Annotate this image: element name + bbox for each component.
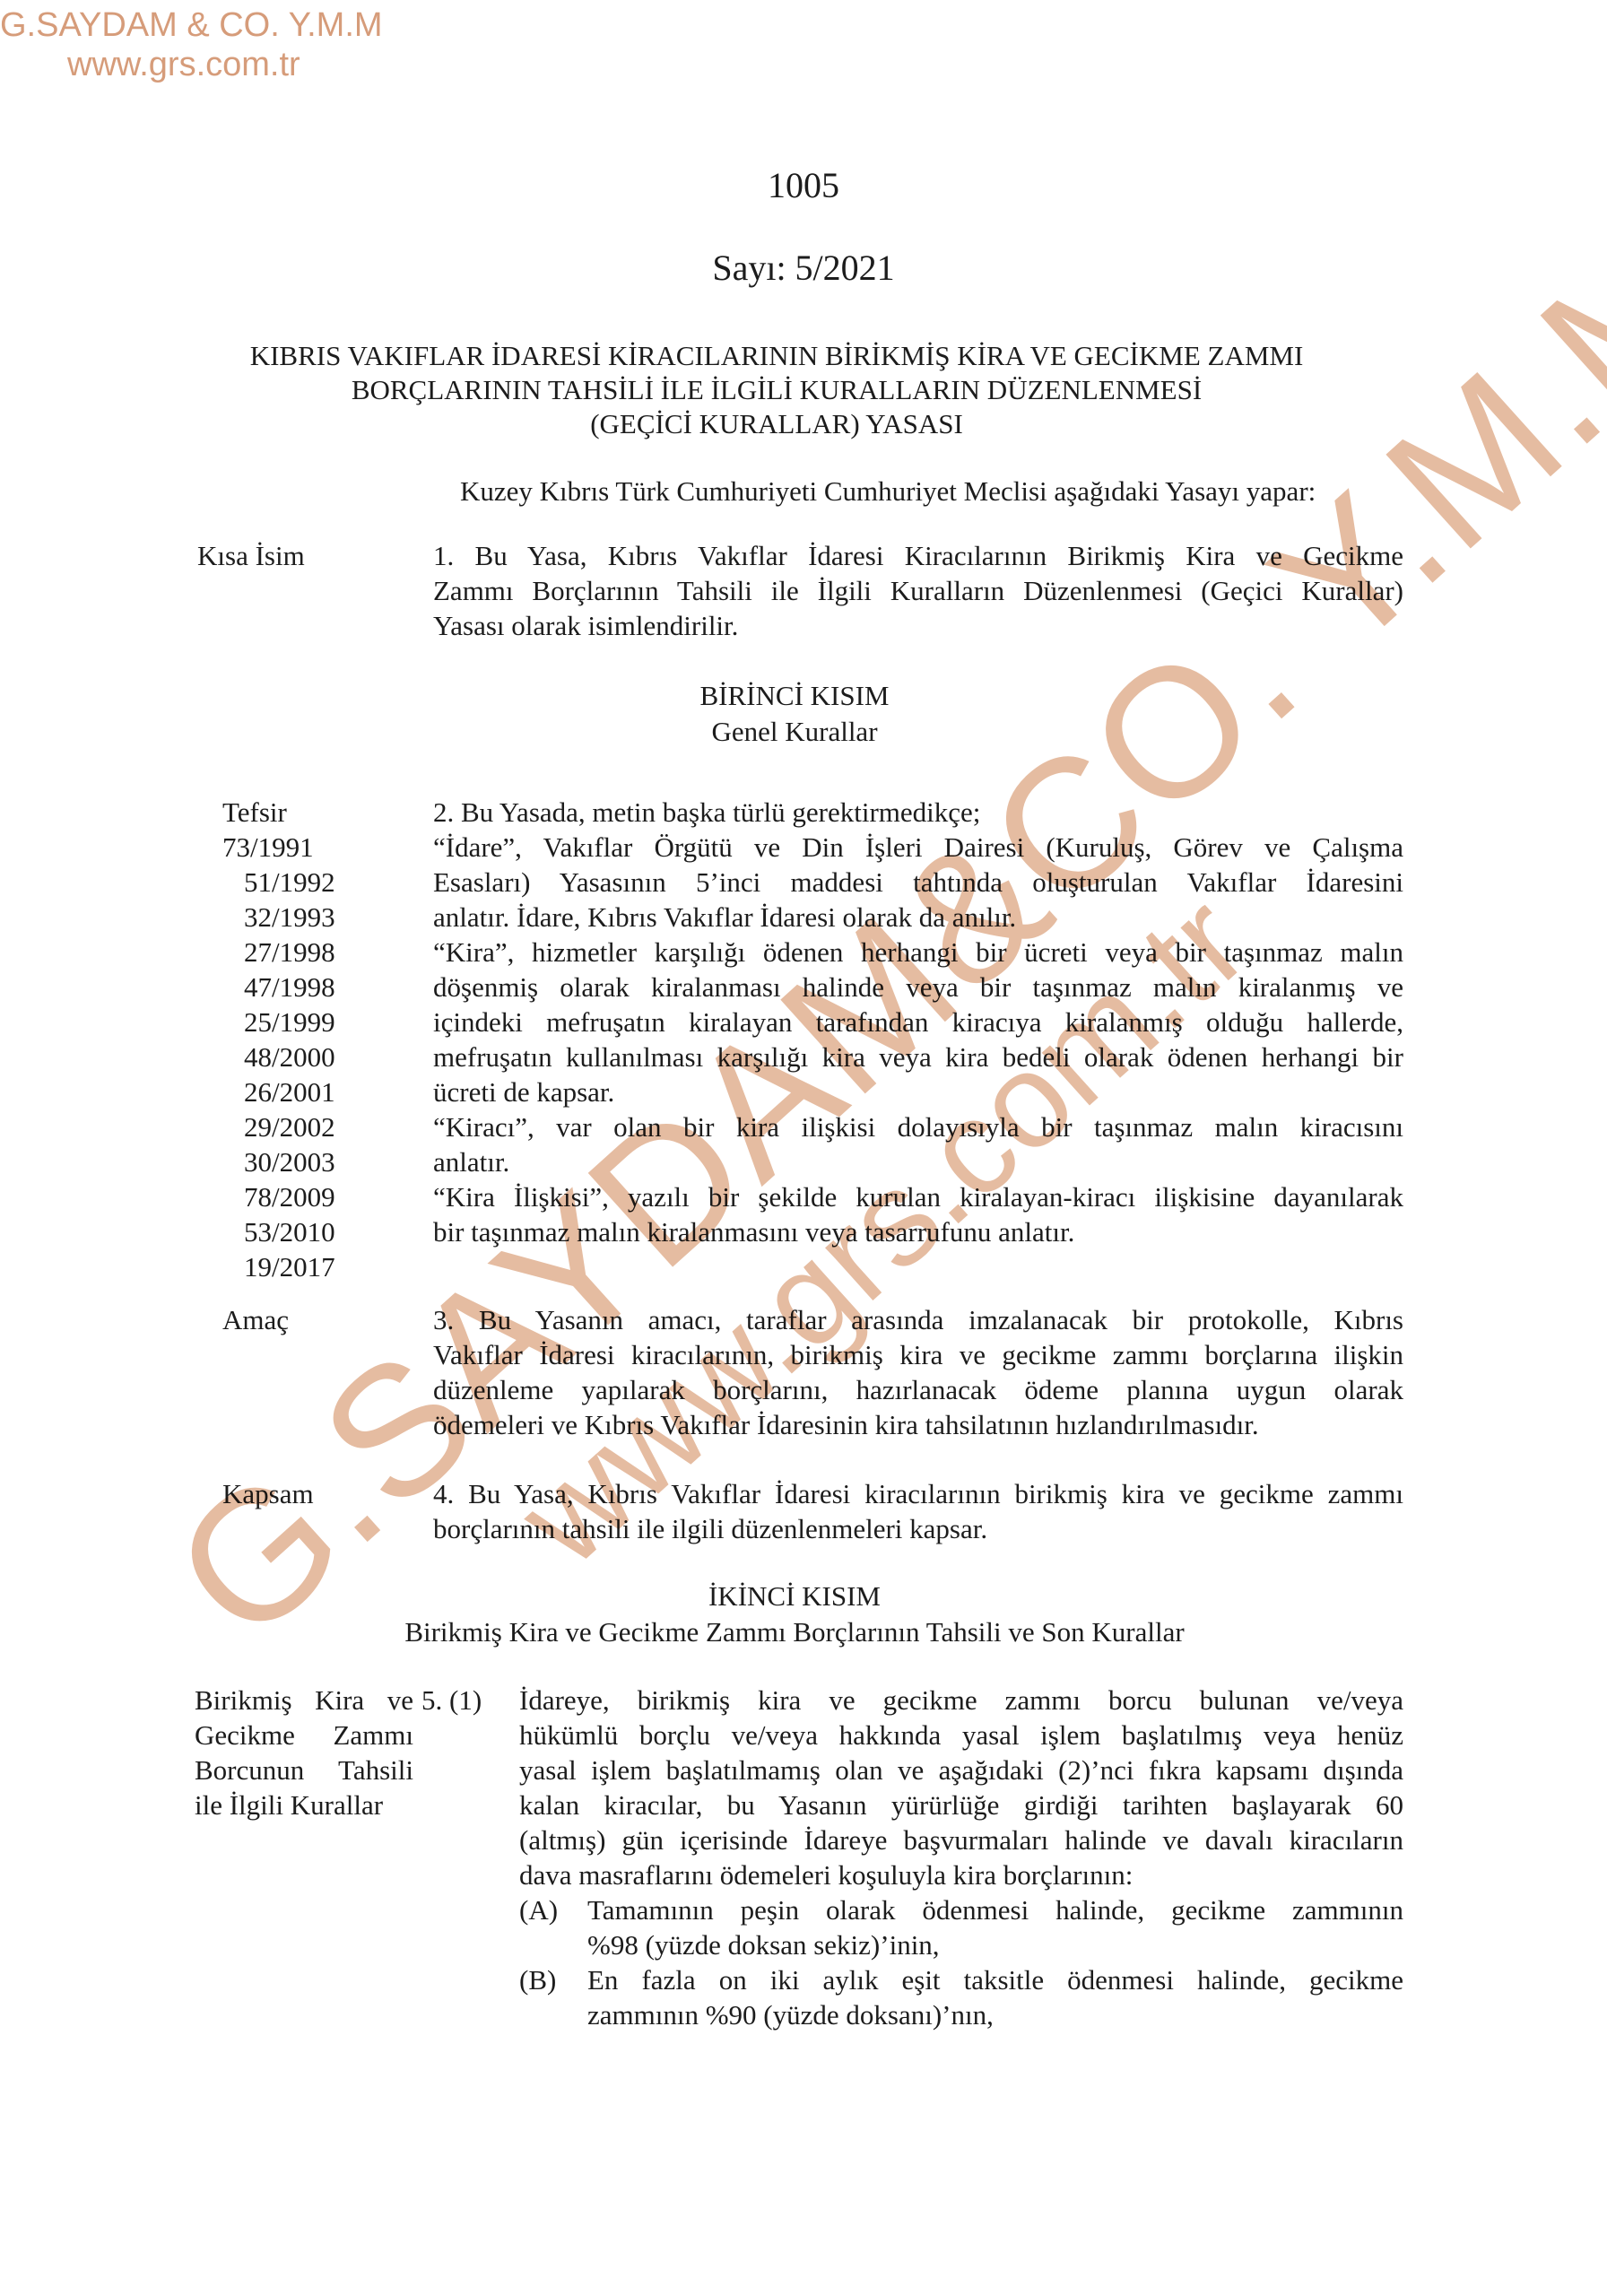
margin-ref: 32/1993 [222,900,335,935]
section-5-line: (altmış) gün içerisinde İdareye başvurma… [519,1822,1403,1857]
section-1-line: Zammı Borçlarının Tahsili ile İlgili Kur… [433,573,1403,608]
section-5-margin: Birikmiş Kira ve Gecikme Zammı Borcunun … [195,1683,413,1822]
section-2-line: “Kira”, hizmetler karşılığı ödenen herha… [433,935,1403,970]
section-5-line: kalan kiracılar, bu Yasanın yürürlüğe gi… [519,1787,1403,1822]
item-line: %98 (yüzde doksan sekiz)’inin, [587,1927,1403,1962]
section-2-line: anlatır. İdare, Kıbrıs Vakıflar İdaresi … [433,900,1403,935]
margin-label-line: Borcunun Tahsili [195,1752,413,1787]
section-2-line: mefruşatın kullanılması karşılığı kira v… [433,1039,1403,1074]
section-5-number: 5. (1) [421,1683,482,1718]
section-2-line: “Kiracı”, var olan bir kira ilişkisi dol… [433,1109,1403,1144]
margin-ref: 73/1991 [222,830,335,865]
margin-ref: 48/2000 [222,1039,335,1074]
section-5-line: İdareye, birikmiş kira ve gecikme zammı … [519,1683,1403,1718]
law-title-line: BORÇLARININ TAHSİLİ İLE İLGİLİ KURALLARI… [0,373,1580,407]
part-2-heading: İKİNCİ KISIM [0,1578,1598,1613]
margin-label-purpose: Amaç [222,1302,289,1337]
section-2: 2. Bu Yasada, metin başka türlü gerektir… [433,795,1403,1249]
item-line: En fazla on iki aylık eşit taksitle öden… [587,1962,1403,1997]
item-tag: (B) [519,1962,556,1997]
issue-number: Sayı: 5/2021 [0,247,1607,289]
item-tag: (A) [519,1892,558,1927]
margin-ref: 29/2002 [222,1109,335,1144]
section-2-line: ücreti de kapsar. [433,1074,1403,1109]
margin-label-line: Birikmiş Kira ve [195,1683,413,1718]
enactment-formula: Kuzey Kıbrıs Türk Cumhuriyeti Cumhuriyet… [460,474,1316,509]
section-2-line: 2. Bu Yasada, metin başka türlü gerektir… [433,795,1403,830]
margin-ref: 26/2001 [222,1074,335,1109]
margin-ref: 25/1999 [222,1004,335,1039]
section-3-line: Vakıflar İdaresi kiracılarının, birikmiş… [433,1337,1403,1372]
margin-ref: 78/2009 [222,1179,335,1214]
margin-label-interpretation: Tefsir [222,795,335,830]
section-5-subsection-1: İdareye, birikmiş kira ve gecikme zammı … [519,1683,1403,1892]
margin-ref: 27/1998 [222,935,335,970]
margin-ref: 47/1998 [222,970,335,1004]
section-5-line: dava masraflarını ödemeleri koşuluyla ki… [519,1857,1403,1892]
section-5-item-a: (A) Tamamının peşin olarak ödenmesi hali… [519,1892,1403,1962]
margin-label-scope: Kapsam [222,1476,314,1511]
margin-ref: 53/2010 [222,1214,335,1249]
section-1-line: 1. Bu Yasa, Kıbrıs Vakıflar İdaresi Kira… [433,538,1403,573]
section-3-line: 3. Bu Yasanın amacı, taraflar arasında i… [433,1302,1403,1337]
section-3-line: ödemeleri ve Kıbrıs Vakıflar İdaresinin … [433,1407,1403,1442]
part-2-subheading: Birikmiş Kira ve Gecikme Zammı Borçların… [0,1614,1598,1649]
section-5-item-b: (B) En fazla on iki aylık eşit taksitle … [519,1962,1403,2032]
section-2-margin: Tefsir 73/1991 51/1992 32/1993 27/1998 4… [222,795,335,1284]
section-1-line: Yasası olarak isimlendirilir. [433,608,1403,643]
law-title: KIBRIS VAKIFLAR İDARESİ KİRACILARININ Bİ… [0,339,1580,441]
section-4-line: borçlarının tahsili ile ilgili düzenlenm… [433,1511,1403,1546]
section-5-line: yasal işlem başlatılmamış olan ve aşağıd… [519,1752,1403,1787]
margin-label-line: Gecikme Zammı [195,1718,413,1752]
part-1-subheading: Genel Kurallar [0,714,1598,749]
section-2-line: “Kira İlişkisi”, yazılı bir şekilde kuru… [433,1179,1403,1214]
header-watermark-url: www.grs.com.tr [0,45,383,84]
margin-ref: 19/2017 [222,1249,335,1284]
margin-label-line: ile İlgili Kurallar [195,1787,413,1822]
margin-ref: 51/1992 [222,865,335,900]
header-watermark: G.SAYDAM & CO. Y.M.M www.grs.com.tr [0,5,383,84]
section-2-line: içindeki mefruşatın kiralayan tarafından… [433,1004,1403,1039]
section-3-line: düzenleme yapılarak borçlarını, hazırlan… [433,1372,1403,1407]
item-line: Tamamının peşin olarak ödenmesi halinde,… [587,1892,1403,1927]
law-title-line: (GEÇİCİ KURALLAR) YASASI [0,407,1580,441]
section-2-line: anlatır. [433,1144,1403,1179]
margin-ref: 30/2003 [222,1144,335,1179]
section-3: 3. Bu Yasanın amacı, taraflar arasında i… [433,1302,1403,1442]
section-1: 1. Bu Yasa, Kıbrıs Vakıflar İdaresi Kira… [433,538,1403,643]
part-1-heading: BİRİNCİ KISIM [0,678,1598,713]
section-2-line: döşenmiş olarak kiralanması halinde veya… [433,970,1403,1004]
page-number: 1005 [0,164,1607,206]
header-watermark-company: G.SAYDAM & CO. Y.M.M [0,6,383,44]
margin-label-short-title: Kısa İsim [197,538,305,573]
section-4-line: 4. Bu Yasa, Kıbrıs Vakıflar İdaresi kira… [433,1476,1403,1511]
item-line: zammının %90 (yüzde doksanı)’nın, [587,1997,1403,2032]
section-2-line: “İdare”, Vakıflar Örgütü ve Din İşleri D… [433,830,1403,865]
section-2-line: Esasları) Yasasının 5’inci maddesi tahtı… [433,865,1403,900]
law-title-line: KIBRIS VAKIFLAR İDARESİ KİRACILARININ Bİ… [0,339,1580,373]
section-4: 4. Bu Yasa, Kıbrıs Vakıflar İdaresi kira… [433,1476,1403,1546]
section-5-line: hükümlü borçlu ve/veya hakkında yasal iş… [519,1718,1403,1752]
section-2-line: bir taşınmaz malın kiralanmasını veya ta… [433,1214,1403,1249]
